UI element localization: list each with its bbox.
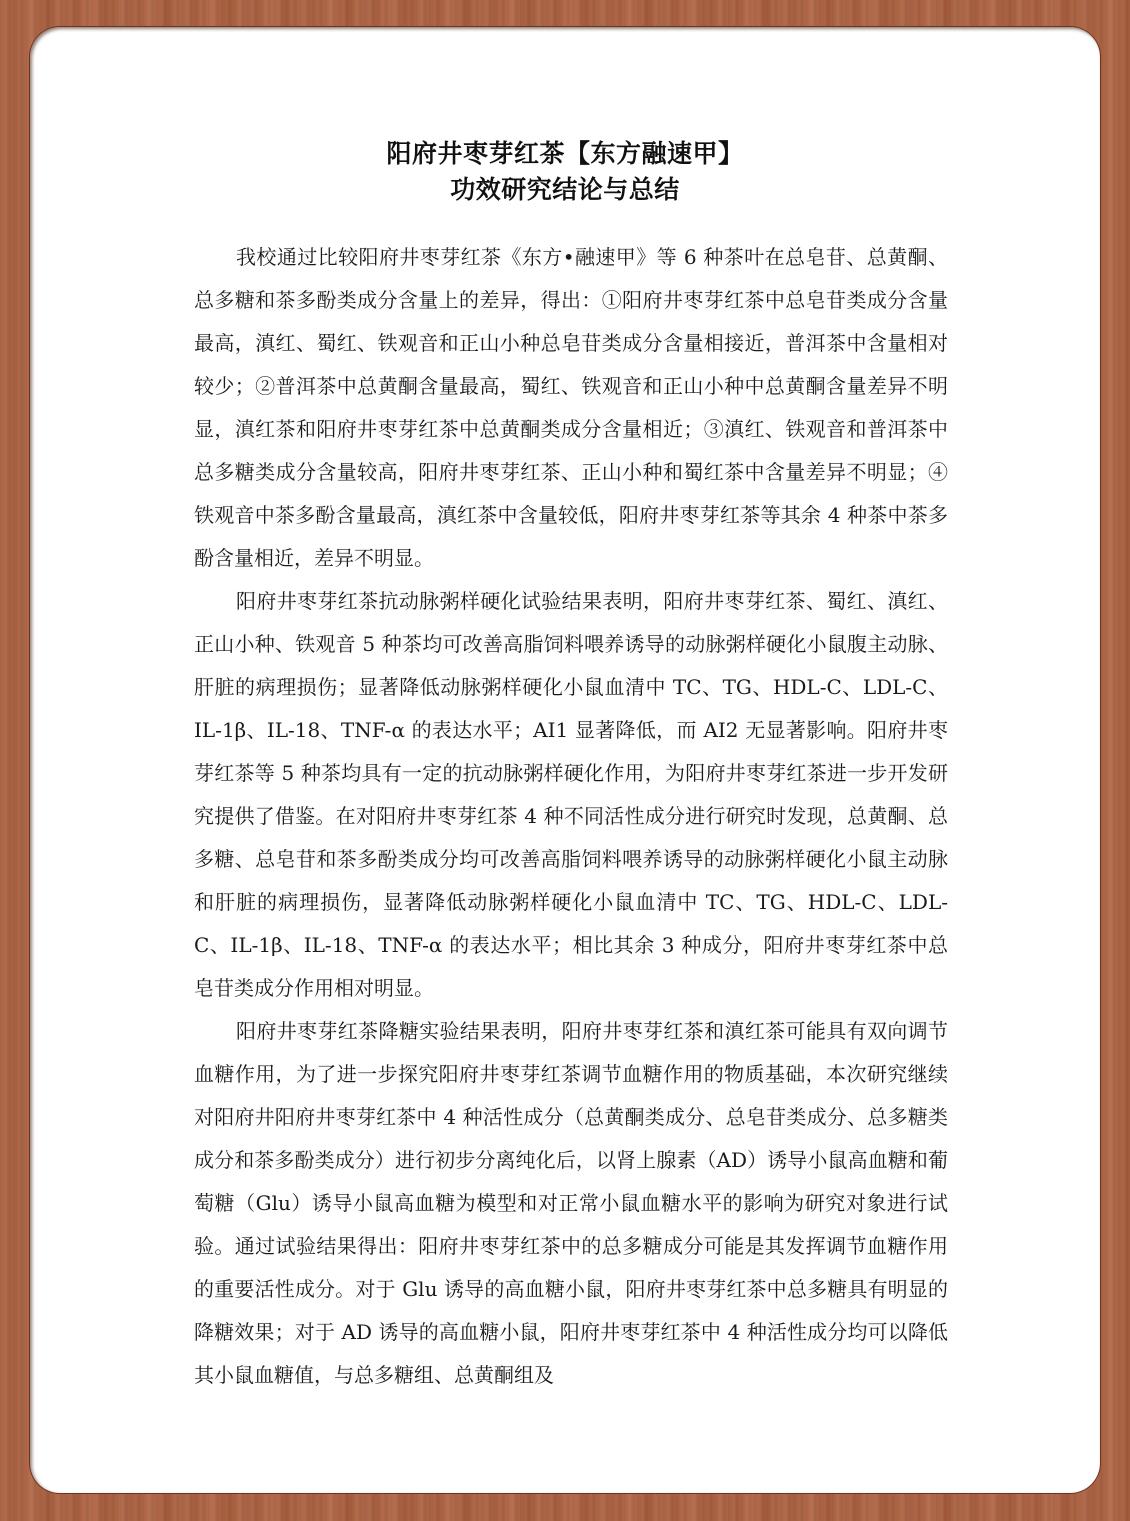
paragraph-composition-comparison: 我校通过比较阳府井枣芽红茶《东方•融速甲》等 6 种茶叶在总皂苷、总黄酮、总多糖… xyxy=(194,236,948,580)
paragraph-blood-glucose-study: 阳府井枣芽红茶降糖实验结果表明，阳府井枣芽红茶和滇红茶可能具有双向调节血糖作用，… xyxy=(194,1010,948,1397)
title-line-2: 功效研究结论与总结 xyxy=(0,172,1130,208)
title-line-1: 阳府井枣芽红茶【东方融速甲】 xyxy=(0,136,1130,172)
paragraph-atherosclerosis-study: 阳府井枣芽红茶抗动脉粥样硬化试验结果表明，阳府井枣芽红茶、蜀红、滇红、正山小种、… xyxy=(194,580,948,1010)
document-title: 阳府井枣芽红茶【东方融速甲】 功效研究结论与总结 xyxy=(0,136,1130,208)
document-body: 我校通过比较阳府井枣芽红茶《东方•融速甲》等 6 种茶叶在总皂苷、总黄酮、总多糖… xyxy=(194,236,948,1397)
